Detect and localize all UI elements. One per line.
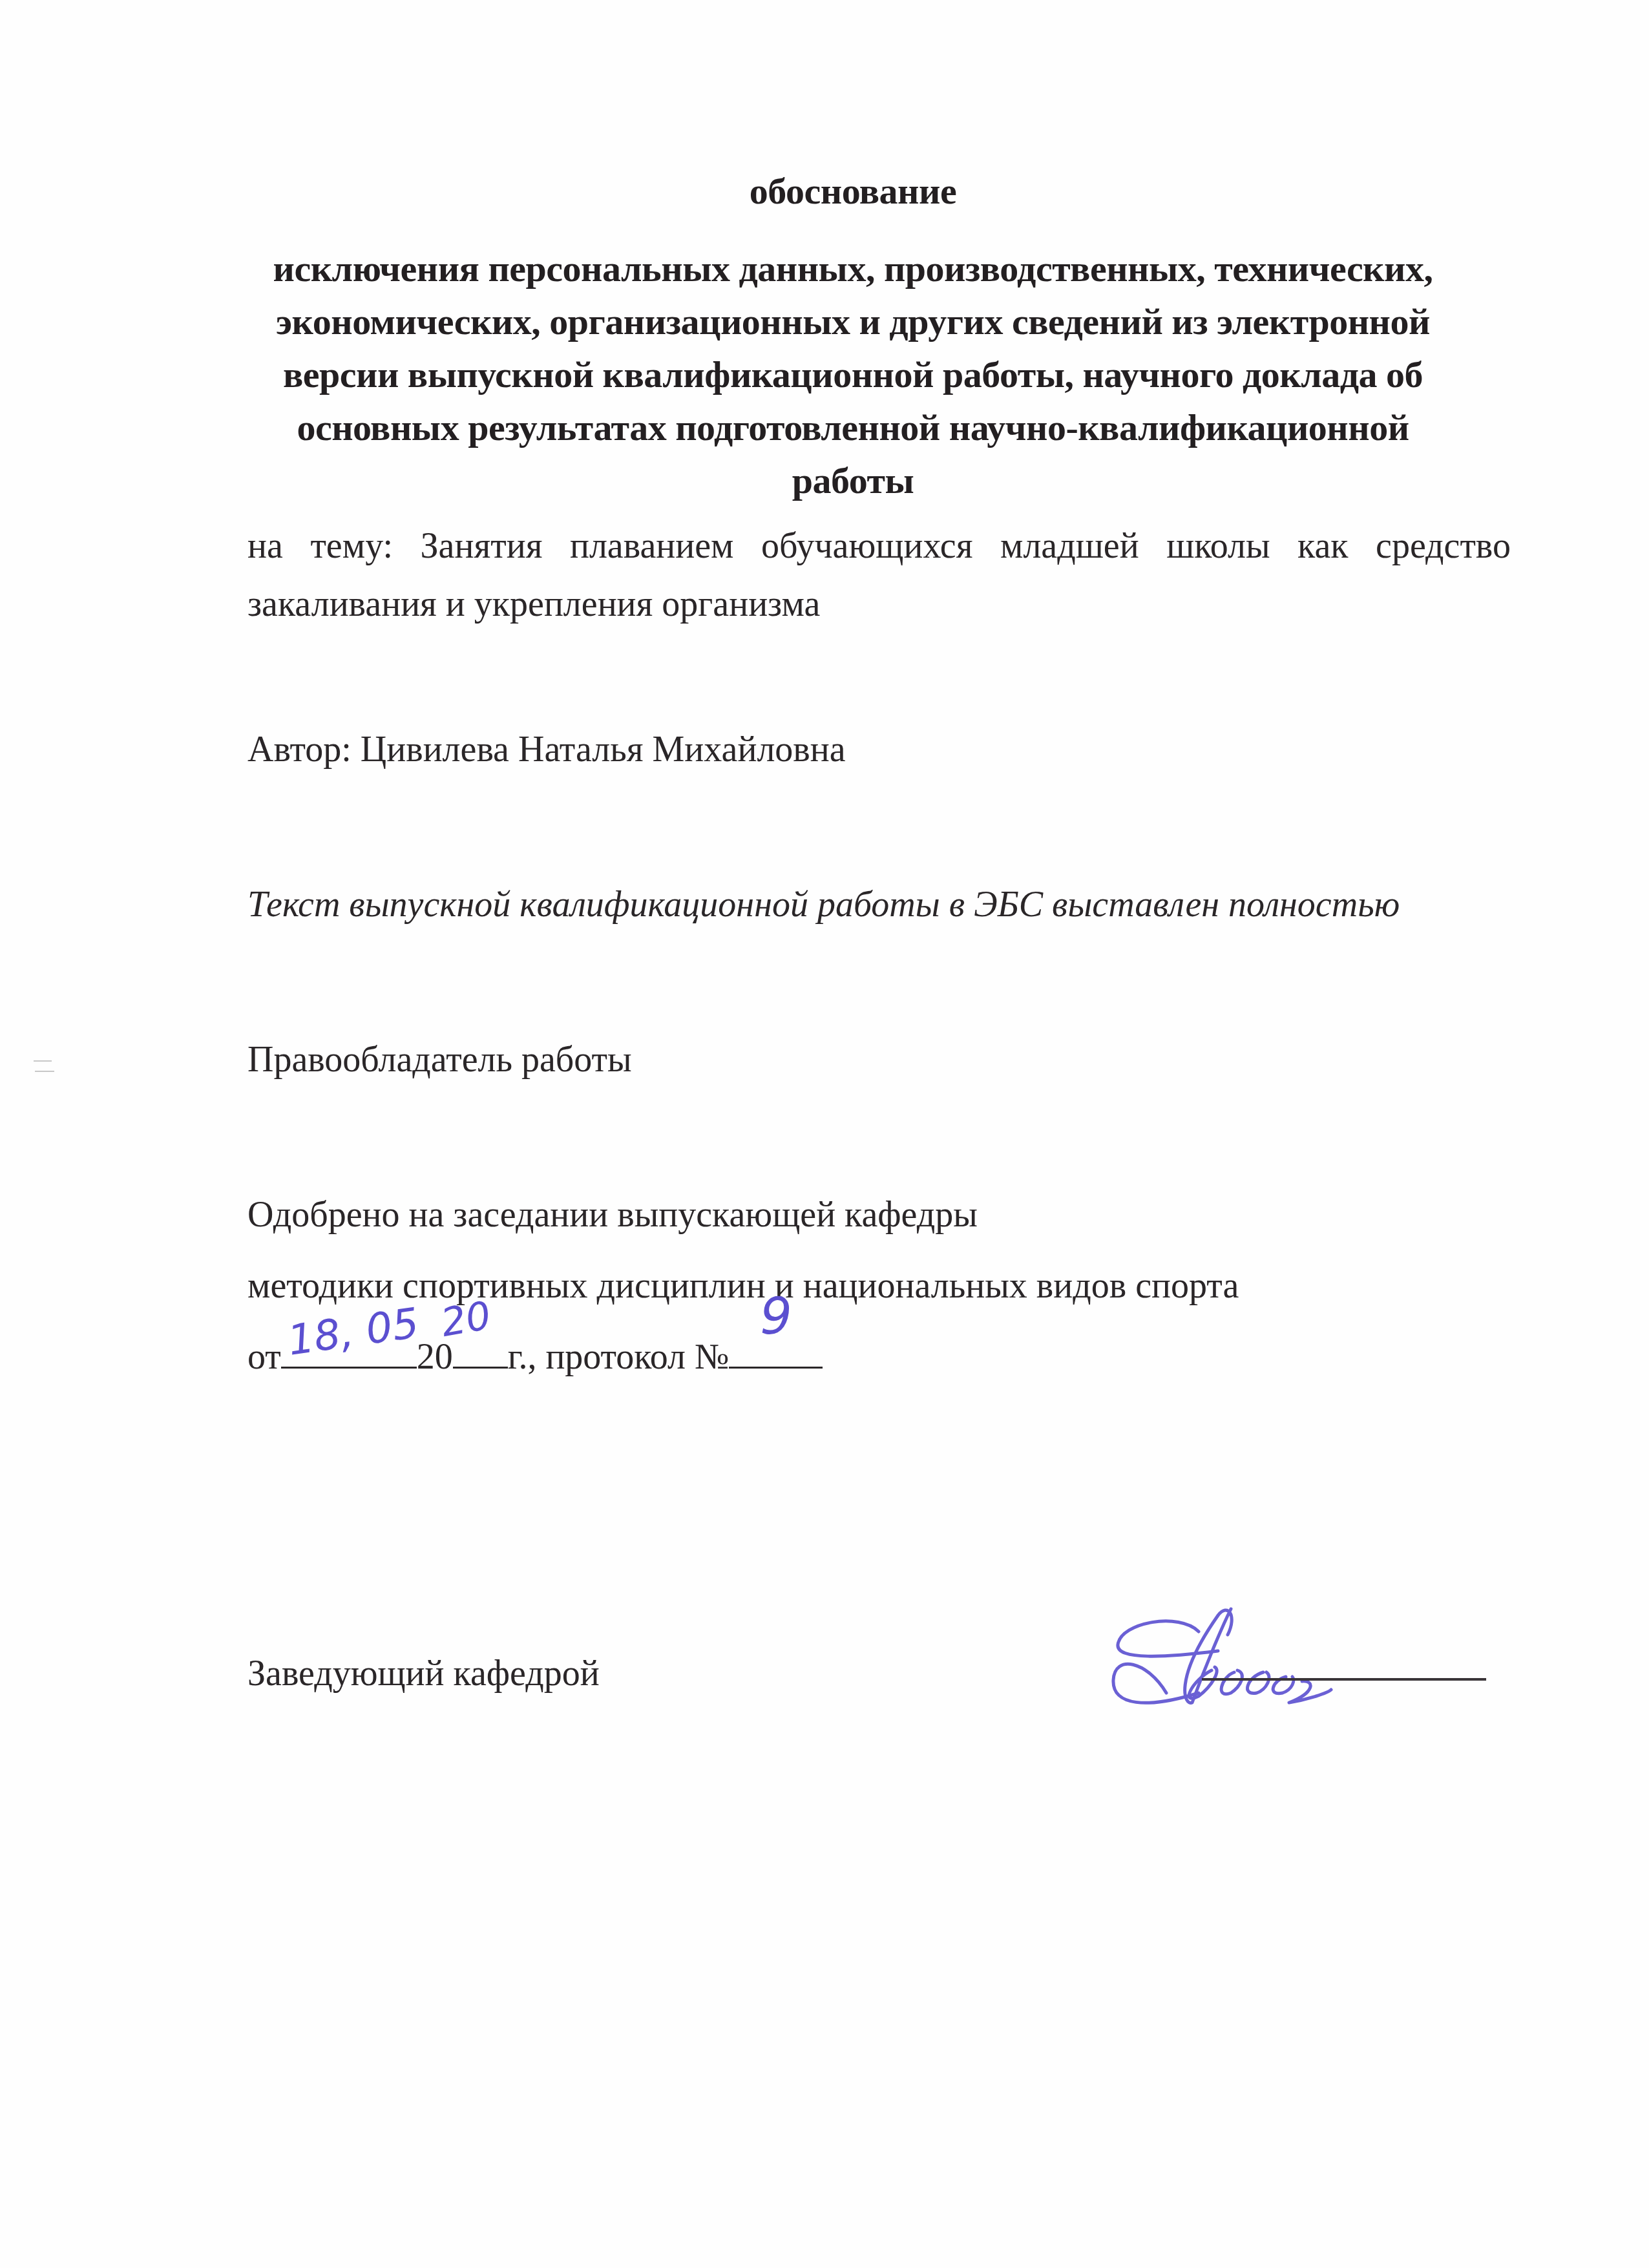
handwritten-date: 18, 05	[285, 1301, 421, 1364]
approval-line: Одобрено на заседании выпускающей кафедр…	[247, 1192, 978, 1237]
topic-word: как	[1297, 517, 1348, 575]
topic-word: школы	[1166, 517, 1270, 575]
heading-line-4: основных результатах подготовленной науч…	[246, 401, 1460, 454]
publication-note: Текст выпускной квалификационной работы …	[247, 882, 1400, 927]
topic-word: на	[247, 517, 283, 575]
scan-artifact	[32, 1056, 58, 1082]
heading-line-2: экономических, организационных и других …	[246, 295, 1460, 348]
topic-word: средство	[1376, 517, 1511, 575]
heading-line-1: исключения персональных данных, производ…	[246, 242, 1460, 295]
document-page: обоснование исключения персональных данн…	[0, 0, 1649, 2268]
topic-word: тему:	[310, 517, 393, 575]
topic-paragraph: на тему: Занятия плаванием обучающихся м…	[247, 517, 1511, 633]
document-heading: исключения персональных данных, производ…	[246, 242, 1460, 507]
signature-icon	[1108, 1596, 1341, 1712]
topic-word: плаванием	[570, 517, 734, 575]
handwritten-year: 20	[437, 1293, 494, 1346]
rights-holder-label: Правообладатель работы	[247, 1037, 632, 1082]
head-of-department-label: Заведующий кафедрой	[247, 1651, 600, 1696]
handwritten-protocol-number: 9	[760, 1294, 792, 1339]
date-blank: 18, 05	[281, 1334, 417, 1369]
year-blank: 20	[453, 1334, 508, 1369]
date-prefix: от	[247, 1337, 281, 1377]
heading-line-3: версии выпускной квалификационной работы…	[246, 348, 1460, 401]
signature-line	[1202, 1678, 1486, 1681]
topic-word: Занятия	[421, 517, 543, 575]
topic-line-1: на тему: Занятия плаванием обучающихся м…	[247, 517, 1511, 575]
topic-word: обучающихся	[761, 517, 972, 575]
protocol-number-blank: 9	[729, 1334, 823, 1369]
heading-line-5: работы	[246, 454, 1460, 507]
topic-line-2: закаливания и укрепления организма	[247, 575, 1511, 633]
document-heading-word: обоснование	[246, 165, 1460, 218]
topic-word: младшей	[1000, 517, 1139, 575]
protocol-label: г., протокол №	[508, 1337, 730, 1377]
author-line: Автор: Цивилева Наталья Михайловна	[247, 727, 846, 772]
approval-date-line: от18, 052020г., протокол №9	[247, 1334, 823, 1380]
